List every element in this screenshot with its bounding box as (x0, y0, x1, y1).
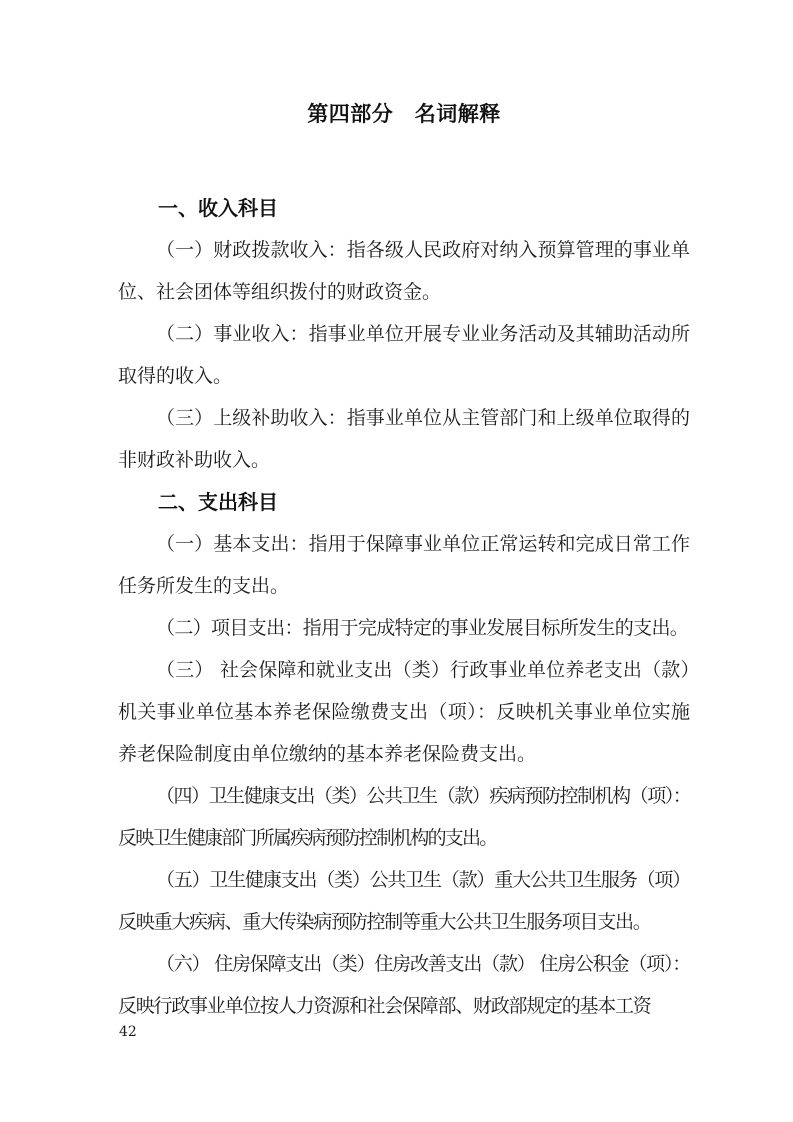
section-heading-expenditure: 二、支出科目 (118, 481, 690, 523)
document-title: 第四部分 名词解释 (118, 97, 690, 131)
paragraph-income-1: （一）财政拨款收入：指各级人民政府对纳入预算管理的事业单位、社会团体等组织拨付的… (118, 229, 690, 313)
section-expenditure: 二、支出科目 （一）基本支出：指用于保障事业单位正常运转和完成日常工作任务所发生… (118, 481, 690, 1027)
paragraph-expenditure-5: （五）卫生健康支出（类）公共卫生（款）重大公共卫生服务（项）反映重大疾病、重大传… (118, 859, 690, 943)
section-heading-income: 一、收入科目 (118, 187, 690, 229)
paragraph-income-3: （三）上级补助收入：指事业单位从主管部门和上级单位取得的非财政补助收入。 (118, 397, 690, 481)
paragraph-expenditure-4: （四）卫生健康支出（类）公共卫生（款）疾病预防控制机构（项）：反映卫生健康部门所… (118, 775, 690, 859)
document-page: 第四部分 名词解释 一、收入科目 （一）财政拨款收入：指各级人民政府对纳入预算管… (0, 0, 793, 1122)
paragraph-expenditure-2: （二）项目支出：指用于完成特定的事业发展目标所发生的支出。 (118, 607, 690, 649)
page-number: 42 (119, 1022, 137, 1042)
paragraph-expenditure-3: （三） 社会保障和就业支出（类）行政事业单位养老支出（款）机关事业单位基本养老保… (118, 649, 690, 775)
paragraph-expenditure-6: （六） 住房保障支出（类）住房改善支出（款） 住房公积金（项）：反映行政事业单位… (118, 943, 690, 1027)
section-income: 一、收入科目 （一）财政拨款收入：指各级人民政府对纳入预算管理的事业单位、社会团… (118, 187, 690, 481)
paragraph-expenditure-1: （一）基本支出：指用于保障事业单位正常运转和完成日常工作任务所发生的支出。 (118, 523, 690, 607)
paragraph-income-2: （二）事业收入：指事业单位开展专业业务活动及其辅助活动所取得的收入。 (118, 313, 690, 397)
